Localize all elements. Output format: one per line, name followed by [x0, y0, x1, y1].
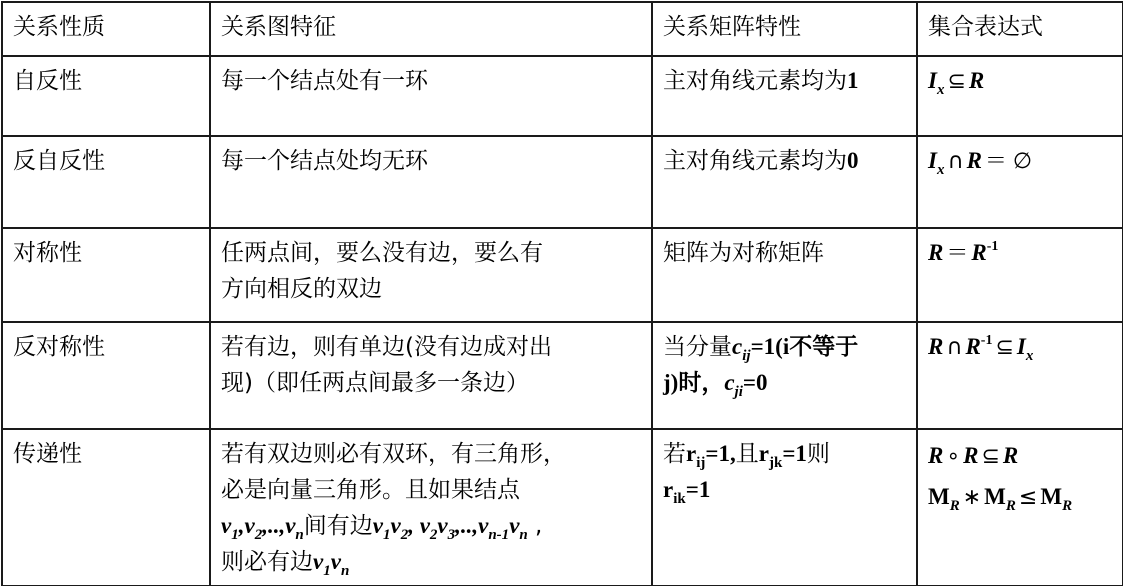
- matrix-symbol: M: [984, 484, 1006, 509]
- header-property: 关系性质: [2, 2, 210, 56]
- header-matrix-feature: 关系矩阵特性: [652, 2, 917, 56]
- math-symbol: c: [724, 370, 734, 395]
- graph-feature-cell: 若有边，则有单边(没有边成对出 现)（即任两点间最多一条边）: [210, 322, 652, 429]
- math-symbol: r: [759, 441, 769, 466]
- set-expression-cell: Ix∩R＝∅: [917, 136, 1123, 228]
- graph-feature-line: 方向相反的双边: [221, 271, 643, 307]
- matrix-symbol: M: [928, 484, 950, 509]
- graph-feature-line: 若有边，则有单边(没有边成对出: [221, 329, 643, 365]
- table-row: 反自反性 每一个结点处均无环 主对角线元素均为0 Ix∩R＝∅: [2, 136, 1123, 228]
- matrix-symbol: M: [1040, 484, 1062, 509]
- math-superscript: -1: [987, 239, 999, 254]
- composition-operator: ∘: [943, 444, 963, 469]
- table-row: 传递性 若有双边则必有双环，有三角形， 必是向量三角形。且如果结点 v1,v2,…: [2, 429, 1123, 586]
- math-superscript: -1: [981, 333, 993, 348]
- equals-operator: ＝: [943, 241, 971, 266]
- matrix-feature-cell: 当分量cij=1(i不等于 j)时，cji=0: [652, 322, 917, 429]
- matrix-text: j)时，: [663, 370, 724, 395]
- graph-feature-cell: 每一个结点处有一环: [210, 56, 652, 136]
- relation-properties-table: 关系性质 关系图特征 关系矩阵特性 集合表达式 自反性 每一个结点处有一环 主对…: [1, 1, 1123, 586]
- graph-feature-cell: 任两点间，要么没有边，要么有 方向相反的双边: [210, 228, 652, 322]
- subset-operator: ⊆: [978, 444, 1002, 469]
- graph-feature-line: 任两点间，要么没有边，要么有: [221, 235, 643, 271]
- matrix-feature-line: rik=1: [663, 472, 908, 508]
- math-subscript: ji: [735, 384, 743, 400]
- math-symbol: R: [928, 240, 943, 265]
- property-cell: 对称性: [2, 228, 210, 322]
- product-operator: ∗: [960, 485, 984, 510]
- equals-operator: ＝: [982, 149, 1010, 174]
- math-symbol: c: [732, 334, 742, 359]
- matrix-feature-line: j)时，cji=0: [663, 365, 908, 401]
- graph-feature-line: 则必有边v1vn: [221, 544, 643, 580]
- graph-feature-cell: 每一个结点处均无环: [210, 136, 652, 228]
- graph-feature-line: 必是向量三角形。且如果结点: [221, 472, 643, 508]
- graph-feature-line: v1,v2,..,vn间有边v1v2, v2v3,..,vn-1vn ,: [221, 508, 643, 544]
- math-symbol: I: [1017, 334, 1026, 359]
- property-cell: 反对称性: [2, 322, 210, 429]
- header-set-expression: 集合表达式: [917, 2, 1123, 56]
- table-row: 对称性 任两点间，要么没有边，要么有 方向相反的双边 矩阵为对称矩阵 R＝R-1: [2, 228, 1123, 322]
- matrix-text: 则: [807, 441, 830, 467]
- math-value: =1,: [705, 441, 735, 466]
- graph-feature-cell: 若有双边则必有双环，有三角形， 必是向量三角形。且如果结点 v1,v2,..,v…: [210, 429, 652, 586]
- math-subscript: R: [1062, 498, 1072, 514]
- matrix-text: =0: [743, 370, 768, 395]
- matrix-text: 且: [736, 441, 759, 467]
- set-expression-line: MR∗MR≤MR: [928, 477, 1114, 518]
- property-cell: 自反性: [2, 56, 210, 136]
- math-symbol: r: [663, 477, 673, 502]
- math-symbol: I: [928, 148, 937, 173]
- subset-operator: ⊆: [992, 335, 1016, 360]
- graph-feature-line: 若有双边则必有双环，有三角形，: [221, 436, 643, 472]
- table-header-row: 关系性质 关系图特征 关系矩阵特性 集合表达式: [2, 2, 1123, 56]
- matrix-text: 若: [663, 441, 686, 467]
- intersection-operator: ∩: [943, 335, 965, 360]
- math-symbol: R: [1003, 443, 1018, 468]
- matrix-value: 0: [847, 148, 859, 173]
- math-symbol: R: [928, 443, 943, 468]
- subset-operator: ⊆: [944, 69, 968, 94]
- set-expression-cell: Ix⊆R: [917, 56, 1123, 136]
- property-cell: 传递性: [2, 429, 210, 586]
- graph-feature-text: 间有边: [304, 513, 373, 539]
- matrix-feature-cell: 若rij=1,且rjk=1则 rik=1: [652, 429, 917, 586]
- table-row: 反对称性 若有边，则有单边(没有边成对出 现)（即任两点间最多一条边） 当分量c…: [2, 322, 1123, 429]
- math-symbol: R: [963, 443, 978, 468]
- set-expression-line: R∘R⊆R: [928, 436, 1114, 477]
- set-expression-cell: R∩R-1⊆Ix: [917, 322, 1123, 429]
- set-expression-cell: R∘R⊆R MR∗MR≤MR: [917, 429, 1123, 586]
- table-row: 自反性 每一个结点处有一环 主对角线元素均为1 Ix⊆R: [2, 56, 1123, 136]
- matrix-feature-cell: 主对角线元素均为1: [652, 56, 917, 136]
- matrix-text: 主对角线元素均为: [663, 148, 847, 174]
- math-value: =1: [686, 477, 711, 502]
- math-subscript: ij: [742, 348, 750, 364]
- graph-feature-line: 现)（即任两点间最多一条边）: [221, 365, 643, 401]
- header-graph-feature: 关系图特征: [210, 2, 652, 56]
- math-subscript: jk: [769, 455, 782, 471]
- matrix-feature-cell: 矩阵为对称矩阵: [652, 228, 917, 322]
- math-symbol: R: [971, 240, 986, 265]
- math-symbol: r: [686, 441, 696, 466]
- math-subscript: ik: [673, 491, 686, 507]
- property-cell: 反自反性: [2, 136, 210, 228]
- math-subscript: x: [1026, 348, 1034, 364]
- math-symbol: R: [928, 334, 943, 359]
- math-symbol: R: [967, 148, 982, 173]
- empty-set-symbol: ∅: [1010, 149, 1035, 174]
- math-subscript: R: [950, 498, 960, 514]
- math-symbol: R: [969, 68, 984, 93]
- matrix-feature-line: 当分量cij=1(i不等于: [663, 329, 908, 365]
- matrix-value: 1: [847, 68, 859, 93]
- math-value: =1: [782, 441, 807, 466]
- math-subscript: ij: [696, 455, 705, 471]
- math-symbol: R: [965, 334, 980, 359]
- math-subscript: R: [1006, 498, 1016, 514]
- matrix-text: =1(i不等于: [751, 334, 859, 359]
- graph-feature-text: 则必有边: [221, 549, 313, 575]
- matrix-feature-line: 若rij=1,且rjk=1则: [663, 436, 908, 472]
- matrix-text: 当分量: [663, 334, 732, 360]
- matrix-text: 主对角线元素均为: [663, 68, 847, 94]
- intersection-operator: ∩: [944, 149, 966, 174]
- matrix-feature-cell: 主对角线元素均为0: [652, 136, 917, 228]
- less-equal-operator: ≤: [1016, 485, 1040, 510]
- set-expression-cell: R＝R-1: [917, 228, 1123, 322]
- math-symbol: I: [928, 68, 937, 93]
